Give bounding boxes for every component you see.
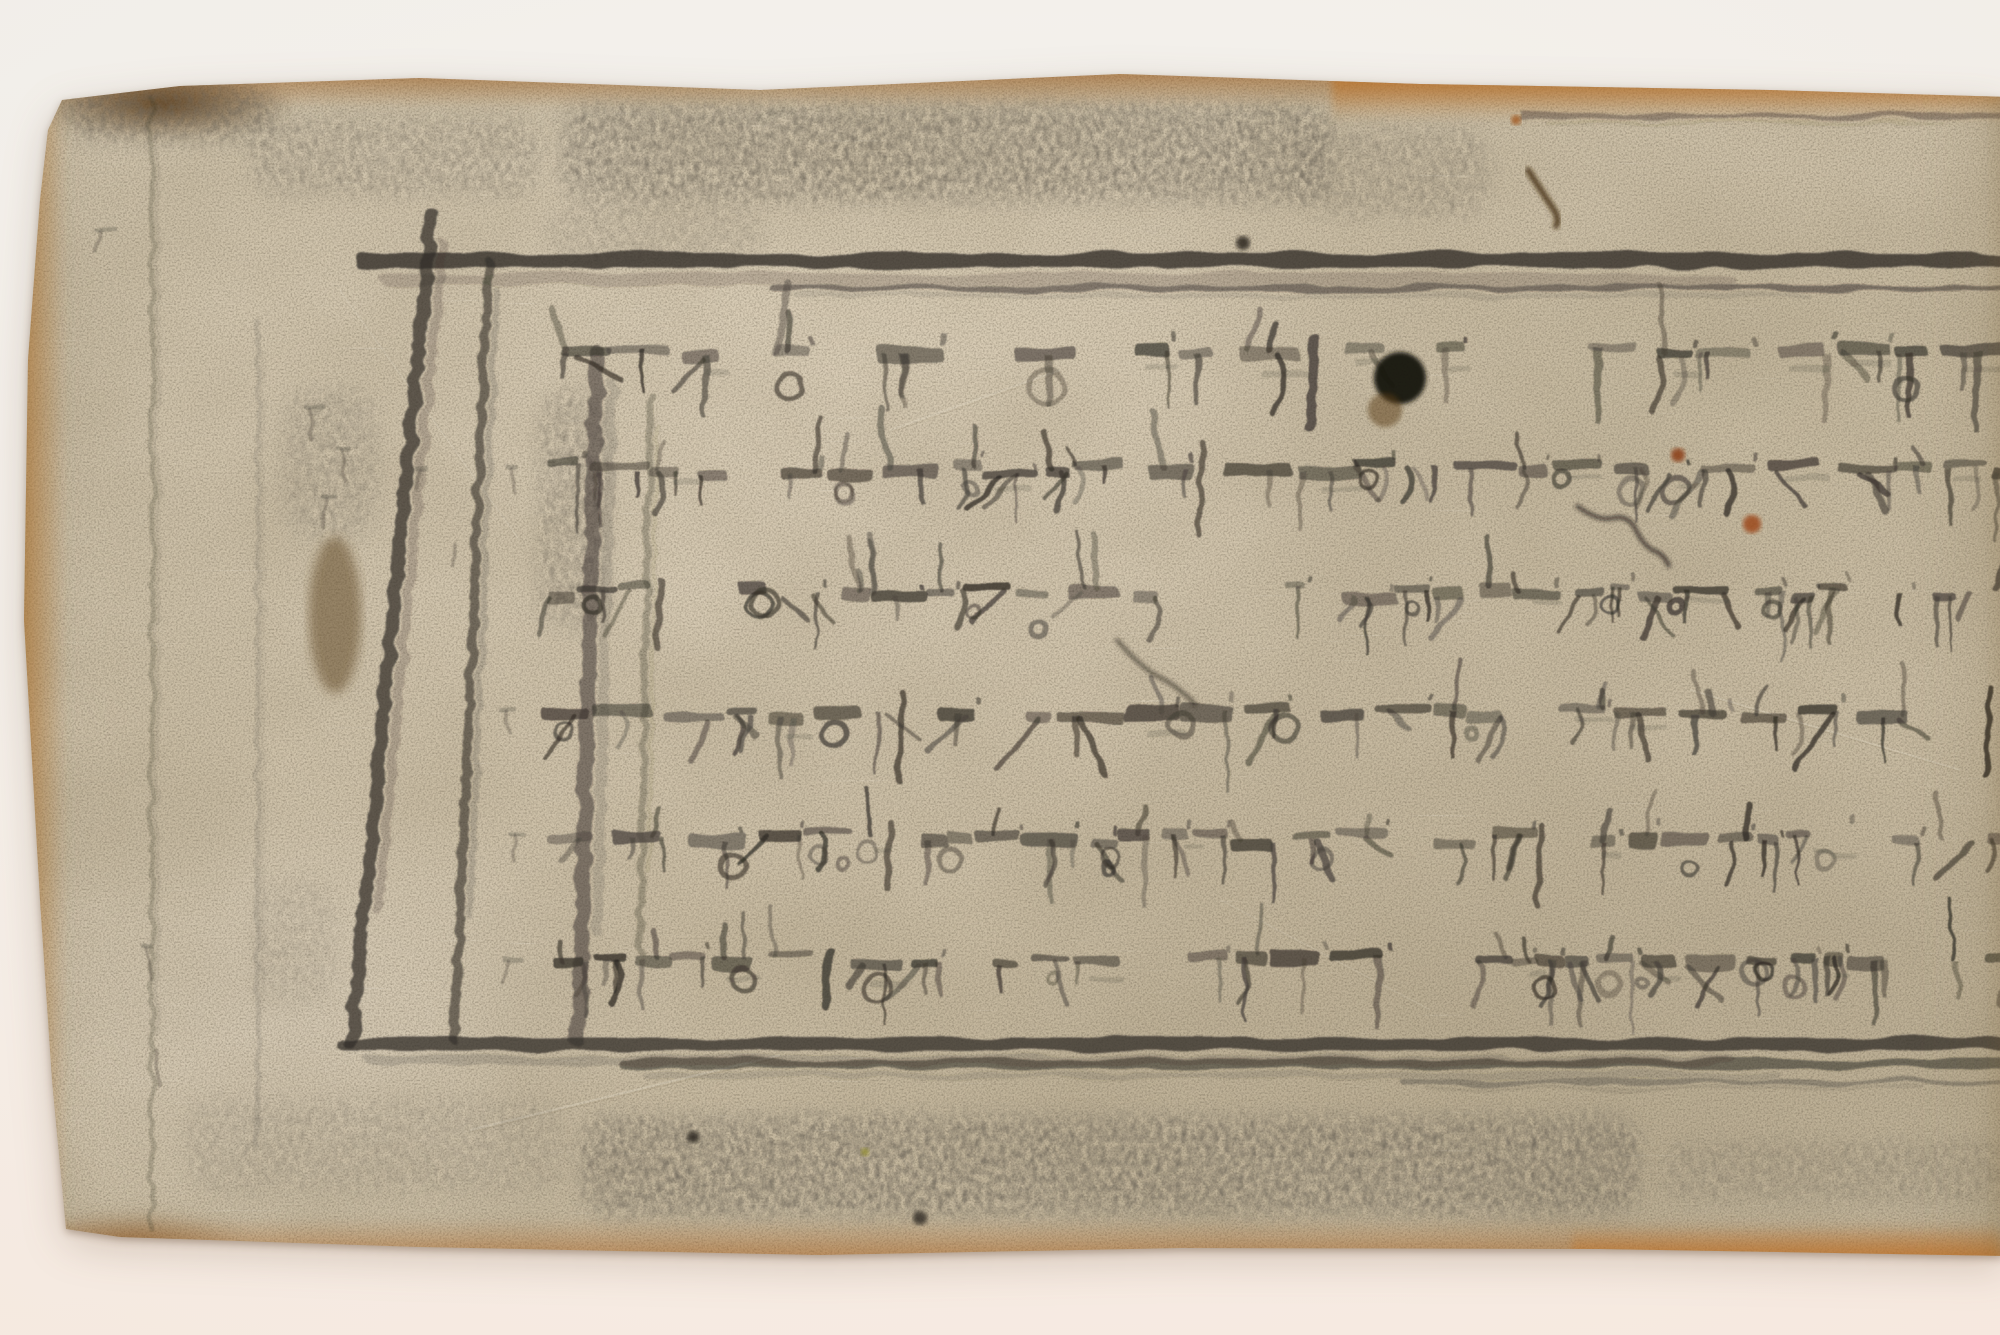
manuscript-leaf: Photograph of an aged Tibetan woodblock-… bbox=[0, 0, 2000, 1335]
manuscript-leaf-wrap: Photograph of an aged Tibetan woodblock-… bbox=[0, 0, 2000, 1335]
photograph: Photograph of an aged Tibetan woodblock-… bbox=[0, 0, 2000, 1335]
ruled-border-lines bbox=[150, 96, 2000, 1232]
woodblock-ink-layer bbox=[0, 0, 2000, 1335]
tibetan-script-lines bbox=[94, 228, 2000, 1085]
caption: Photograph of an aged Tibetan woodblock-… bbox=[0, 0, 1, 1]
